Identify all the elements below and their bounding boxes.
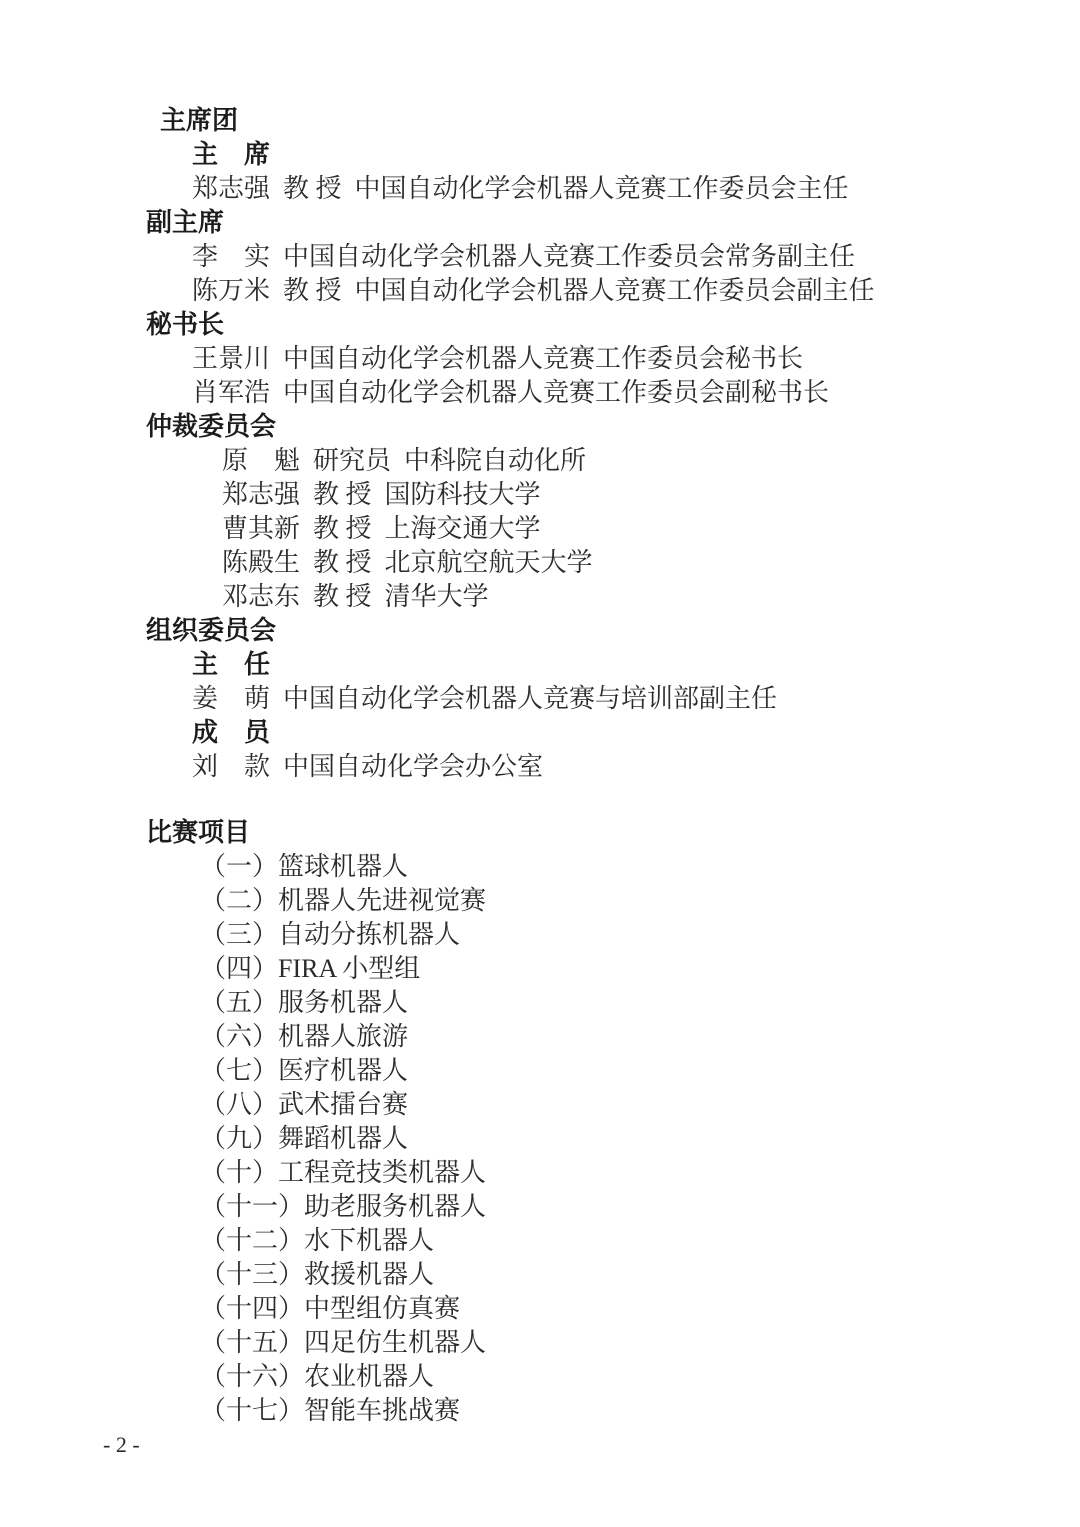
subheading-chair: 主 席 (192, 138, 1080, 172)
section-heading-vice-chair: 副主席 (146, 206, 1080, 240)
section-heading-organizing: 组织委员会 (146, 614, 1080, 648)
section-heading-presidium: 主席团 (160, 104, 1080, 138)
event-item-7: （七）医疗机器人 (200, 1054, 1080, 1088)
subheading-director: 主 任 (192, 648, 1080, 682)
event-item-13: （十三）救援机器人 (200, 1258, 1080, 1292)
event-item-3: （三）自动分拣机器人 (200, 918, 1080, 952)
event-item-10: （十）工程竞技类机器人 (200, 1156, 1080, 1190)
document-page: 主席团 主 席 郑志强 教 授 中国自动化学会机器人竞赛工作委员会主任 副主席 … (0, 0, 1080, 1527)
arbitration-member-2: 郑志强 教 授 国防科技大学 (222, 478, 1080, 512)
person-line-member: 刘 款 中国自动化学会办公室 (192, 750, 1080, 784)
event-item-9: （九）舞蹈机器人 (200, 1122, 1080, 1156)
event-item-8: （八）武术擂台赛 (200, 1088, 1080, 1122)
event-item-14: （十四）中型组仿真赛 (200, 1292, 1080, 1326)
arbitration-member-1: 原 魁 研究员 中科院自动化所 (222, 444, 1080, 478)
document-content: 主席团 主 席 郑志强 教 授 中国自动化学会机器人竞赛工作委员会主任 副主席 … (0, 0, 1080, 1428)
arbitration-member-3: 曹其新 教 授 上海交通大学 (222, 512, 1080, 546)
page-number: - 2 - (103, 1432, 140, 1458)
subheading-member: 成 员 (192, 716, 1080, 750)
event-item-1: （一）篮球机器人 (200, 850, 1080, 884)
person-line-secretary-1: 王景川 中国自动化学会机器人竞赛工作委员会秘书长 (192, 342, 1080, 376)
person-line-director: 姜 萌 中国自动化学会机器人竞赛与培训部副主任 (192, 682, 1080, 716)
event-item-16: （十六）农业机器人 (200, 1360, 1080, 1394)
event-item-17: （十七）智能车挑战赛 (200, 1394, 1080, 1428)
event-item-12: （十二）水下机器人 (200, 1224, 1080, 1258)
section-heading-arbitration: 仲裁委员会 (146, 410, 1080, 444)
person-line-vice-2: 陈万米 教 授 中国自动化学会机器人竞赛工作委员会副主任 (192, 274, 1080, 308)
section-heading-secretary: 秘书长 (146, 308, 1080, 342)
event-item-15: （十五）四足仿生机器人 (200, 1326, 1080, 1360)
section-heading-events: 比赛项目 (146, 816, 1080, 850)
event-item-11: （十一）助老服务机器人 (200, 1190, 1080, 1224)
person-line-secretary-2: 肖军浩 中国自动化学会机器人竞赛工作委员会副秘书长 (192, 376, 1080, 410)
event-item-6: （六）机器人旅游 (200, 1020, 1080, 1054)
event-item-4: （四）FIRA 小型组 (200, 952, 1080, 986)
arbitration-member-4: 陈殿生 教 授 北京航空航天大学 (222, 546, 1080, 580)
event-item-5: （五）服务机器人 (200, 986, 1080, 1020)
arbitration-member-5: 邓志东 教 授 清华大学 (222, 580, 1080, 614)
person-line-vice-1: 李 实 中国自动化学会机器人竞赛工作委员会常务副主任 (192, 240, 1080, 274)
event-item-2: （二）机器人先进视觉赛 (200, 884, 1080, 918)
person-line-chair: 郑志强 教 授 中国自动化学会机器人竞赛工作委员会主任 (192, 172, 1080, 206)
